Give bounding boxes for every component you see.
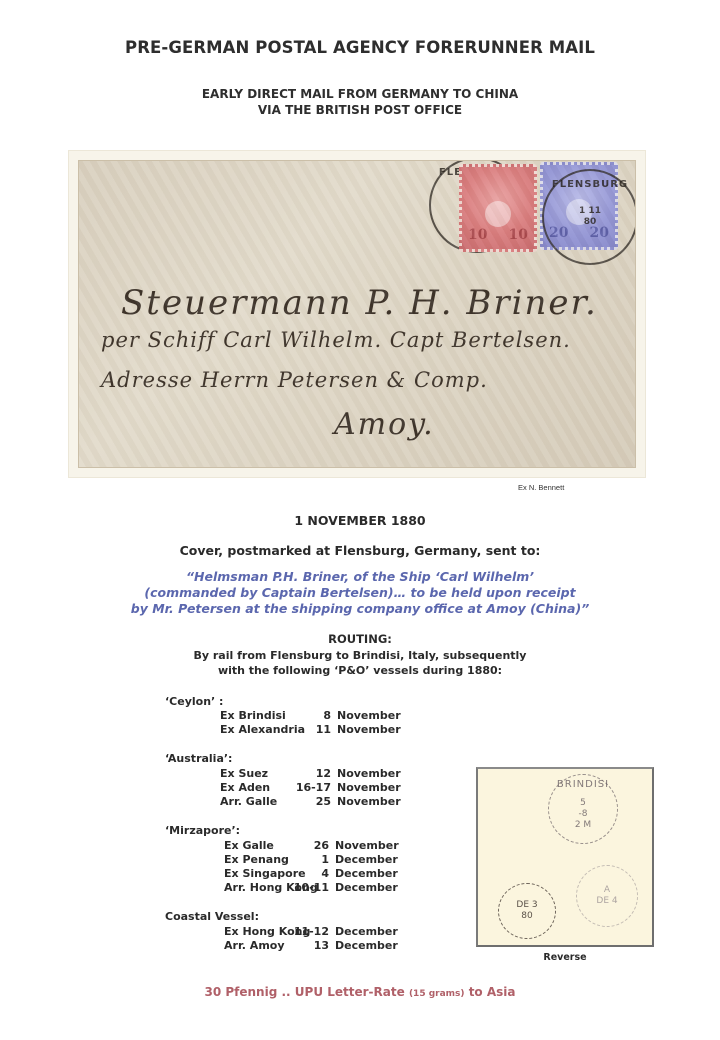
leg-month: December	[335, 853, 398, 866]
leg-day: 25	[286, 795, 331, 808]
leg-month: November	[337, 767, 401, 780]
routing-heading: ROUTING:	[0, 632, 720, 646]
subtitle-line-2: VIA THE BRITISH POST OFFICE	[0, 102, 720, 118]
postmark-brindisi: BRINDISI 5 -8 2 M	[548, 774, 618, 844]
postmark-line-3: 2 M	[575, 820, 591, 831]
eagle-icon	[566, 199, 592, 225]
stamp-value-left: 20	[549, 225, 568, 241]
leg-month: November	[335, 839, 399, 852]
routing-description: By rail from Flensburg to Brindisi, Ital…	[0, 648, 720, 678]
address-line-2: per Schiff Carl Wilhelm. Capt Bertelsen.	[101, 328, 571, 352]
postmark-line-2: -8	[579, 809, 588, 820]
eagle-icon	[485, 201, 511, 227]
postmark-line-1: DE 3	[516, 900, 537, 911]
leg-month: November	[337, 795, 401, 808]
cover-date: 1 NOVEMBER 1880	[0, 513, 720, 528]
leg-place: Ex Galle	[224, 839, 274, 852]
postmark-town: FLENSBURG	[544, 179, 636, 190]
leg-place: Ex Brindisi	[220, 709, 286, 722]
leg-day: 11	[286, 723, 331, 736]
leg-day: 11-12	[284, 925, 329, 938]
leg-place: Ex Penang	[224, 853, 289, 866]
leg-day: 16-17	[286, 781, 331, 794]
vessel-coastal: Coastal Vessel:	[165, 910, 259, 923]
postmark-line-1: 5	[580, 798, 586, 809]
rate-weight: (15 grams)	[409, 989, 465, 999]
routing-desc-line-2: with the following ‘P&O’ vessels during …	[0, 663, 720, 678]
sent-to-label: Cover, postmarked at Flensburg, Germany,…	[0, 543, 720, 558]
stamp-20-pfennig: 20 20	[540, 162, 618, 250]
leg-place: Ex Aden	[220, 781, 270, 794]
postmark-year: 80	[584, 217, 597, 228]
stamp-10-pfennig: 10 10	[459, 164, 537, 252]
envelope-cover: FLENSBURG 10 10 20 20 FLENSBURG 1 11 80 …	[78, 160, 636, 468]
leg-month: December	[335, 925, 398, 938]
reverse-cover-image: BRINDISI 5 -8 2 M DE 3 80 A DE 4	[476, 767, 654, 947]
leg-month: November	[337, 709, 401, 722]
postmark-line-2: 80	[521, 911, 532, 922]
leg-day: 4	[284, 867, 329, 880]
postmark-galle: DE 3 80	[498, 883, 556, 939]
postmark-town: BRINDISI	[557, 779, 609, 790]
leg-day: 12	[286, 767, 331, 780]
stamp-value-left: 10	[468, 227, 487, 243]
address-line-4: Amoy.	[334, 407, 435, 442]
leg-day: 1	[284, 853, 329, 866]
rate-destination: to Asia	[465, 985, 516, 999]
postmark-line-2: DE 4	[596, 896, 617, 907]
page-subtitle: EARLY DIRECT MAIL FROM GERMANY TO CHINA …	[0, 86, 720, 118]
leg-place: Ex Suez	[220, 767, 268, 780]
leg-day: 10-11	[284, 881, 329, 894]
routing-desc-line-1: By rail from Flensburg to Brindisi, Ital…	[0, 648, 720, 663]
leg-month: December	[335, 867, 398, 880]
leg-day: 13	[284, 939, 329, 952]
postmark-flensburg-1: FLENSBURG	[429, 160, 525, 253]
address-line-3: Adresse Herrn Petersen & Comp.	[101, 368, 488, 392]
postmark-singapore: A DE 4	[576, 865, 638, 927]
postmark-town: FLENSBURG	[431, 167, 523, 178]
postmark-date: 1 11	[579, 206, 601, 217]
stamp-value-right: 20	[590, 225, 609, 241]
cover-image-frame: FLENSBURG 10 10 20 20 FLENSBURG 1 11 80 …	[68, 150, 646, 478]
page-title: PRE-GERMAN POSTAL AGENCY FORERUNNER MAIL	[0, 38, 720, 57]
leg-month: December	[335, 939, 398, 952]
postmark-flensburg-2: FLENSBURG 1 11 80	[542, 169, 636, 265]
vessel-mirzapore: ‘Mirzapore’:	[165, 824, 240, 837]
vessel-ceylon: ‘Ceylon’ :	[165, 695, 223, 708]
reverse-caption: Reverse	[476, 952, 654, 963]
leg-place: Arr. Galle	[220, 795, 277, 808]
quote-line-1: “Helmsman P.H. Briner, of the Ship ‘Carl…	[0, 569, 720, 585]
rate-main: 30 Pfennig .. UPU Letter-Rate	[204, 985, 408, 999]
leg-month: November	[337, 723, 401, 736]
leg-day: 26	[284, 839, 329, 852]
postage-rate-note: 30 Pfennig .. UPU Letter-Rate (15 grams)…	[0, 985, 720, 999]
vessel-australia: ‘Australia’:	[165, 752, 232, 765]
leg-place: Arr. Amoy	[224, 939, 285, 952]
leg-month: November	[337, 781, 401, 794]
postmark-line-1: A	[604, 885, 610, 896]
address-line-1: Steuermann P. H. Briner.	[121, 283, 598, 323]
quote-line-3: by Mr. Petersen at the shipping company …	[0, 601, 720, 617]
quote-line-2: (commanded by Captain Bertelsen)… to be …	[0, 585, 720, 601]
address-translation: “Helmsman P.H. Briner, of the Ship ‘Carl…	[0, 569, 720, 617]
stamp-value-right: 10	[509, 227, 528, 243]
subtitle-line-1: EARLY DIRECT MAIL FROM GERMANY TO CHINA	[0, 86, 720, 102]
provenance-credit: Ex N. Bennett	[518, 483, 564, 492]
leg-day: 8	[286, 709, 331, 722]
leg-month: December	[335, 881, 398, 894]
